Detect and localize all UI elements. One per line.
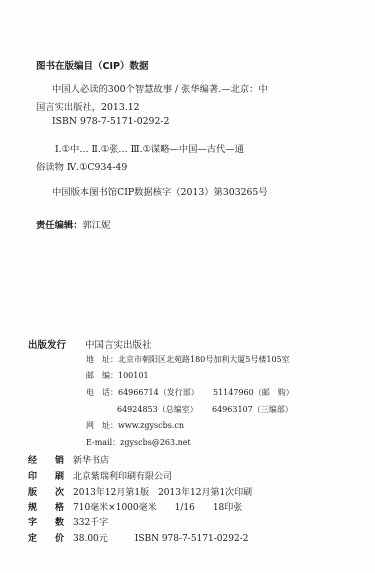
detail-row-format: 规 格710毫米×1000毫米 1/16 18印张 [28, 500, 242, 513]
phone-third-editorial: 64963107（三编部） [212, 405, 293, 414]
detail-value: 332千字 [73, 518, 108, 528]
address-value: 北京市朝阳区北苑路180号加利大厦5号楼105室 [118, 355, 290, 364]
phone-label: 电 话： [86, 388, 118, 397]
detail-row-price: 定 价38.00元 ISBN 978-7-5171-0292-2 [28, 531, 248, 544]
detail-label: 定 价 [28, 531, 73, 544]
email-link[interactable]: zgyscbs@263.net [120, 438, 191, 447]
detail-label: 规 格 [28, 500, 73, 513]
detail-value: 38.00元 ISBN 978-7-5171-0292-2 [73, 534, 248, 544]
detail-label: 印 刷 [28, 469, 73, 482]
phone-sales: 64966714（发行部） [118, 387, 213, 398]
detail-row-printer: 印 刷北京紫瑞利印刷有限公司 [28, 469, 172, 482]
phone-editorial-office: 64924853（总编室） [117, 404, 212, 415]
cip-library-record: 中国版本图书馆CIP数据核字（2013）第303265号 [52, 184, 268, 198]
detail-value: 2013年12月第1版 2013年12月第1次印刷 [73, 488, 252, 498]
postcode-value: 100101 [118, 371, 149, 380]
phone-row-2: 64924853（总编室）64963107（三编部） [117, 404, 293, 415]
phone-row-1: 电 话：64966714（发行部）51147960（邮 购） [86, 387, 294, 398]
cip-isbn: ISBN 978-7-5171-0292-2 [52, 116, 169, 127]
publisher-label: 出版发行 [28, 337, 85, 351]
phone-mail-order: 51147960（邮 购） [213, 388, 294, 397]
email-label: E-mail： [86, 438, 120, 447]
cip-book-line-2: 国言实出版社，2013.12 [36, 99, 140, 113]
editor-label: 责任编辑： [36, 220, 83, 231]
detail-label: 经 销 [28, 453, 73, 466]
detail-label: 版 次 [28, 485, 73, 498]
address-row: 地 址：北京市朝阳区北苑路180号加利大厦5号楼105室 [86, 354, 290, 365]
detail-value: 北京紫瑞利印刷有限公司 [73, 472, 172, 482]
publisher-name: 中国言实出版社 [85, 340, 152, 351]
editor-line: 责任编辑：郭江妮 [36, 217, 110, 231]
detail-label: 字 数 [28, 515, 73, 528]
editor-name: 郭江妮 [83, 220, 111, 231]
postcode-label: 邮 编： [86, 371, 118, 380]
postcode-row: 邮 编：100101 [86, 370, 149, 381]
website-label: 网 址： [86, 421, 118, 430]
email-row: E-mail：zgyscbs@263.net [86, 437, 191, 448]
publisher-row: 出版发行中国言实出版社 [28, 337, 152, 351]
website-row: 网 址：www.zgyscbs.cn [86, 420, 184, 431]
detail-value: 新华书店 [73, 456, 109, 466]
detail-value: 710毫米×1000毫米 1/16 18印张 [73, 503, 242, 513]
cip-classification-line-1: Ⅰ.①中… Ⅱ.①张… Ⅲ.①谋略—中国—古代—通 [55, 141, 244, 155]
detail-row-distributor: 经 销新华书店 [28, 453, 109, 466]
cip-classification-line-2: 俗读物 Ⅳ.①C934-49 [36, 159, 127, 173]
website-link[interactable]: www.zgyscbs.cn [118, 421, 184, 430]
cip-title: 图书在版编目（CIP）数据 [36, 58, 148, 72]
copyright-page: 图书在版编目（CIP）数据 中国人必读的300个智慧故事 / 张华编著.—北京：… [0, 0, 375, 573]
cip-book-line-1: 中国人必读的300个智慧故事 / 张华编著.—北京：中 [52, 81, 268, 95]
detail-row-word-count: 字 数332千字 [28, 515, 108, 528]
detail-row-edition: 版 次2013年12月第1版 2013年12月第1次印刷 [28, 485, 252, 498]
address-label: 地 址： [86, 355, 118, 364]
